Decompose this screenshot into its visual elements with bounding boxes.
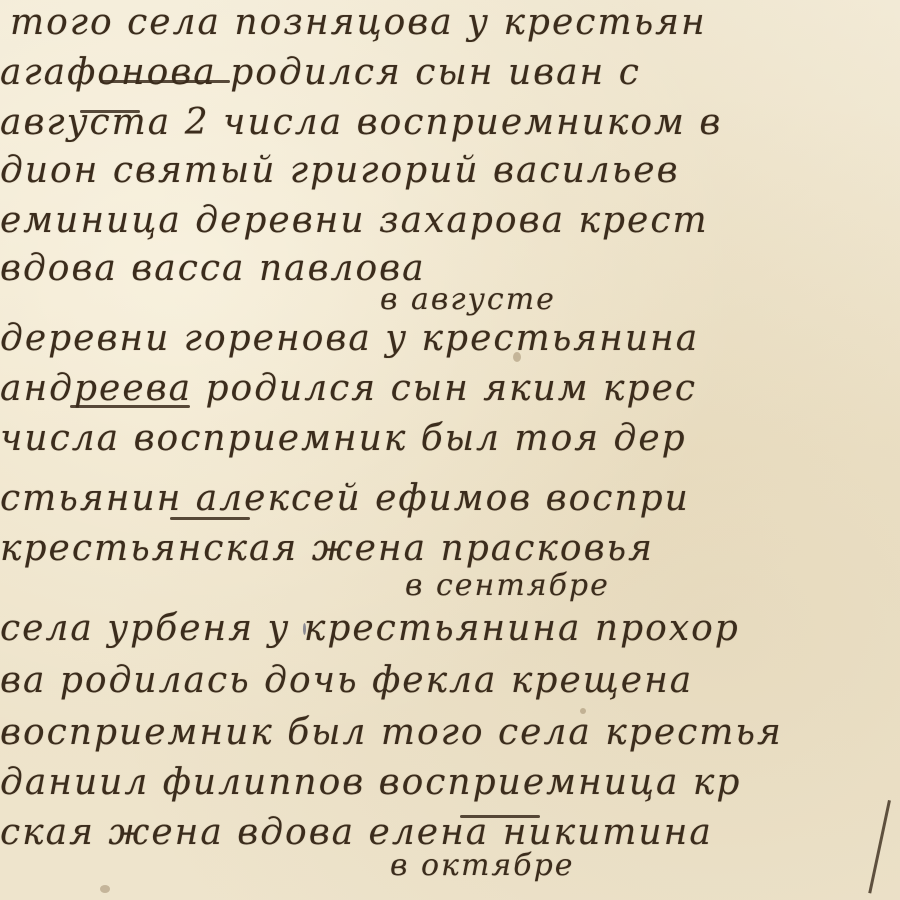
month-heading: в сентябре [405,568,610,603]
underline-stroke [100,80,230,83]
margin-slash [868,800,891,894]
manuscript-line: крестьянская жена прасковья [0,528,654,569]
manuscript-line: дион святый григорий васильев [0,150,680,191]
manuscript-line: стьянин алексей ефимов воспри [0,478,690,519]
underline-stroke [170,517,250,520]
underline-stroke [80,110,140,113]
manuscript-line: того села позняцова у крестьян [10,2,707,43]
manuscript-line: агафонова родился сын иван с [0,52,641,93]
underline-stroke [70,405,190,408]
manuscript-line: ва родилась дочь фекла крещена [0,660,693,701]
month-heading: в августе [380,282,556,317]
manuscript-line: андреева родился сын яким крес [0,368,697,409]
manuscript-line: числа восприемник был тоя дер [0,418,687,459]
underline-stroke [460,815,540,818]
manuscript-line: вдова васса павлова [0,248,426,289]
manuscript-line: восприемник был того села крестья [0,712,783,753]
month-heading: в октябре [390,848,575,883]
manuscript-line: села урбеня у крестьянина прохор [0,608,740,649]
manuscript-line: деревни горенова у крестьянина [0,318,699,359]
manuscript-line: даниил филиппов восприемница кр [0,762,741,803]
manuscript-line: еминица деревни захарова крест [0,200,709,241]
ink-blot [100,885,110,893]
manuscript-line: ская жена вдова елена никитина [0,812,713,853]
manuscript-line: августа 2 числа восприемником в [0,102,722,143]
manuscript-page: того села позняцова у крестьянагафонова … [0,0,900,900]
